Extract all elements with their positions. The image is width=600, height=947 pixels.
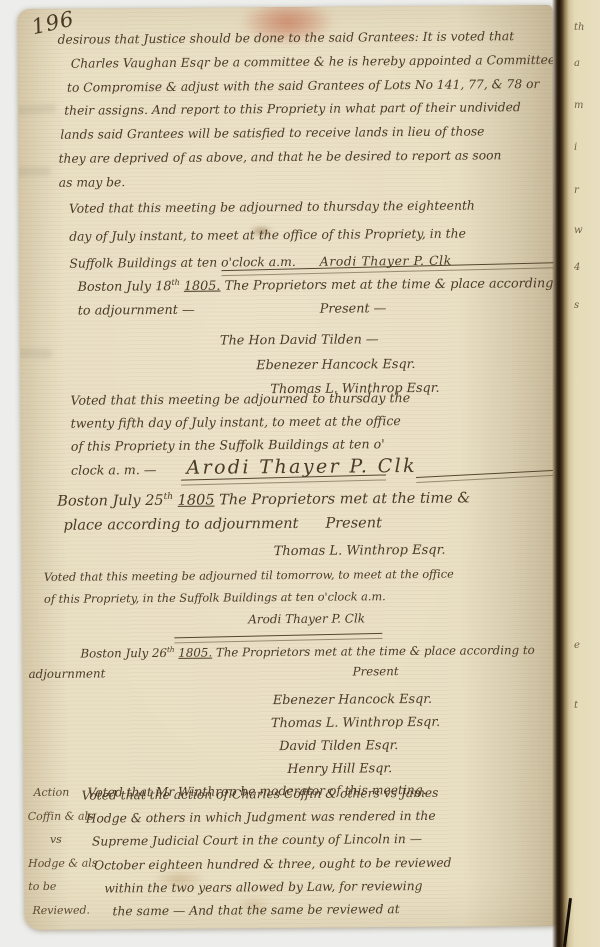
entry-opening: The Proprietors met at the time & place … [216, 643, 535, 660]
entry-row: adjournment Present [29, 663, 535, 689]
show-through-mark [18, 349, 52, 359]
facing-page-text-fragment: w [574, 225, 583, 236]
margin-note-line: Coffin & als [28, 804, 88, 828]
facing-page-text-fragment: t [574, 700, 578, 711]
facing-page-text-fragment: r [574, 185, 579, 196]
manuscript-line: to adjournment — [78, 303, 195, 319]
attendee-name: Ebenezer Hancock Esqr. [273, 687, 535, 712]
manuscript-line: place according to adjournment [63, 516, 298, 534]
entry-date: Boston July 26 [80, 646, 167, 661]
attendee-name: Ebenezer Hancock Esqr. [256, 352, 554, 379]
document-scan: 196 desirous that Justice should be done… [0, 0, 600, 947]
facing-page-text-fragment: e [574, 640, 580, 651]
manuscript-line: day of July instant, to meet at the offi… [69, 219, 475, 250]
book-gutter: th a m i r w 4 s e t [552, 0, 600, 947]
attendee-name: Thomas L. Winthrop Esqr. [271, 710, 535, 735]
attendee-name: David Tilden Esqr. [279, 733, 535, 758]
entry-year: 1805. [184, 279, 221, 294]
manuscript-line: Supreme Judicial Court in the county of … [92, 828, 452, 854]
entry-opening: The Proprietors met at the time & place … [225, 276, 554, 294]
margin-note-action: Action Coffin & als vs Hodge & als to be… [27, 781, 88, 922]
facing-page-text-fragment: s [574, 300, 579, 311]
attendee-list: Ebenezer Hancock Esqr. Thomas L. Winthro… [273, 687, 536, 781]
date-ordinal: th [167, 645, 175, 654]
book-cover-edge [563, 898, 572, 947]
entry-row: to adjournment — Present — [78, 300, 554, 328]
paragraph-committee-vote: desirous that Justice should be done to … [58, 25, 557, 195]
manuscript-line: Voted that this meeting be adjourned til… [44, 563, 471, 589]
show-through-mark [17, 104, 56, 116]
attendee-name: Henry Hill Esqr. [287, 756, 535, 781]
manuscript-line: of this Propriety in the Suffolk Buildin… [71, 432, 417, 458]
entry-july-18: Boston July 18th 1805. The Proprietors m… [78, 275, 555, 404]
facing-page-text-fragment: i [574, 142, 577, 153]
present-label: Present — [320, 301, 387, 317]
facing-page-text-fragment: a [574, 58, 580, 69]
paragraph-adjournment-july25: Voted that this meeting be adjourned to … [70, 386, 417, 482]
entry-row: place according to adjournment Present [63, 514, 470, 543]
manuscript-line: as may be. [59, 168, 556, 196]
entry-date: Boston July 25 [57, 493, 163, 510]
entry-year: 1805 [178, 492, 215, 508]
section-rule [416, 470, 553, 483]
manuscript-line: adjournment [29, 666, 106, 681]
entry-year: 1805. [178, 646, 212, 660]
margin-note-line: to be [28, 875, 88, 899]
manuscript-line: of this Propriety, in the Suffolk Buildi… [44, 586, 471, 612]
manuscript-line: Hodge & others in which Judgment was ren… [86, 805, 452, 831]
manuscript-line: clock a. m. — [71, 462, 157, 478]
date-ordinal: th [171, 278, 179, 287]
manuscript-line: Voted that this meeting be adjourned to … [69, 192, 475, 223]
manuscript-line: twenty fifth day of July instant, to mee… [71, 409, 417, 435]
manuscript-line: the same — And that the same be reviewed… [112, 898, 452, 924]
date-ordinal: th [164, 492, 173, 502]
entry-heading: Boston July 25th 1805 The Proprietors me… [57, 490, 470, 510]
facing-page-text-fragment: th [574, 22, 584, 33]
facing-page-text-fragment: m [574, 100, 583, 111]
facing-page-text-fragment: 4 [574, 262, 580, 273]
vote-paragraph: Voted that this meeting be adjourned til… [44, 563, 471, 611]
margin-note-line: Action [33, 781, 87, 805]
clerk-signature: Arodi Thayer P. Clk [248, 610, 471, 626]
present-label: Present [353, 664, 399, 678]
paragraph-review-action: Voted that the action of Charles Coffin … [81, 782, 451, 924]
manuscript-line: within the two years allowed by Law, for… [104, 875, 452, 901]
manuscript-page: 196 desirous that Justice should be done… [17, 5, 559, 930]
entry-july-25: Boston July 25th 1805 The Proprietors me… [57, 490, 471, 628]
entry-heading: Boston July 18th 1805. The Proprietors m… [78, 275, 554, 295]
entry-heading: Boston July 26th 1805. The Proprietors m… [80, 642, 534, 660]
manuscript-line: Voted that the action of Charles Coffin … [81, 782, 451, 808]
present-label: Present [325, 515, 382, 531]
margin-note-line: Hodge & als [28, 851, 88, 875]
manuscript-line: Voted that this meeting be adjourned to … [70, 386, 416, 412]
show-through-mark [17, 167, 50, 176]
paragraph-adjournment-july18: Voted that this meeting be adjourned to … [69, 192, 476, 278]
attendee-name: Thomas L. Winthrop Esqr. [274, 542, 471, 559]
margin-note-line: Reviewed. [32, 898, 88, 922]
manuscript-line: October eighteen hundred & three, ought … [94, 851, 452, 877]
section-rule [174, 633, 382, 644]
entry-july-26: Boston July 26th 1805. The Proprietors m… [80, 642, 535, 799]
entry-opening: The Proprietors met at the time & [219, 490, 470, 508]
entry-date: Boston July 18 [78, 279, 172, 295]
attendee-name: The Hon David Tilden — [220, 327, 554, 354]
